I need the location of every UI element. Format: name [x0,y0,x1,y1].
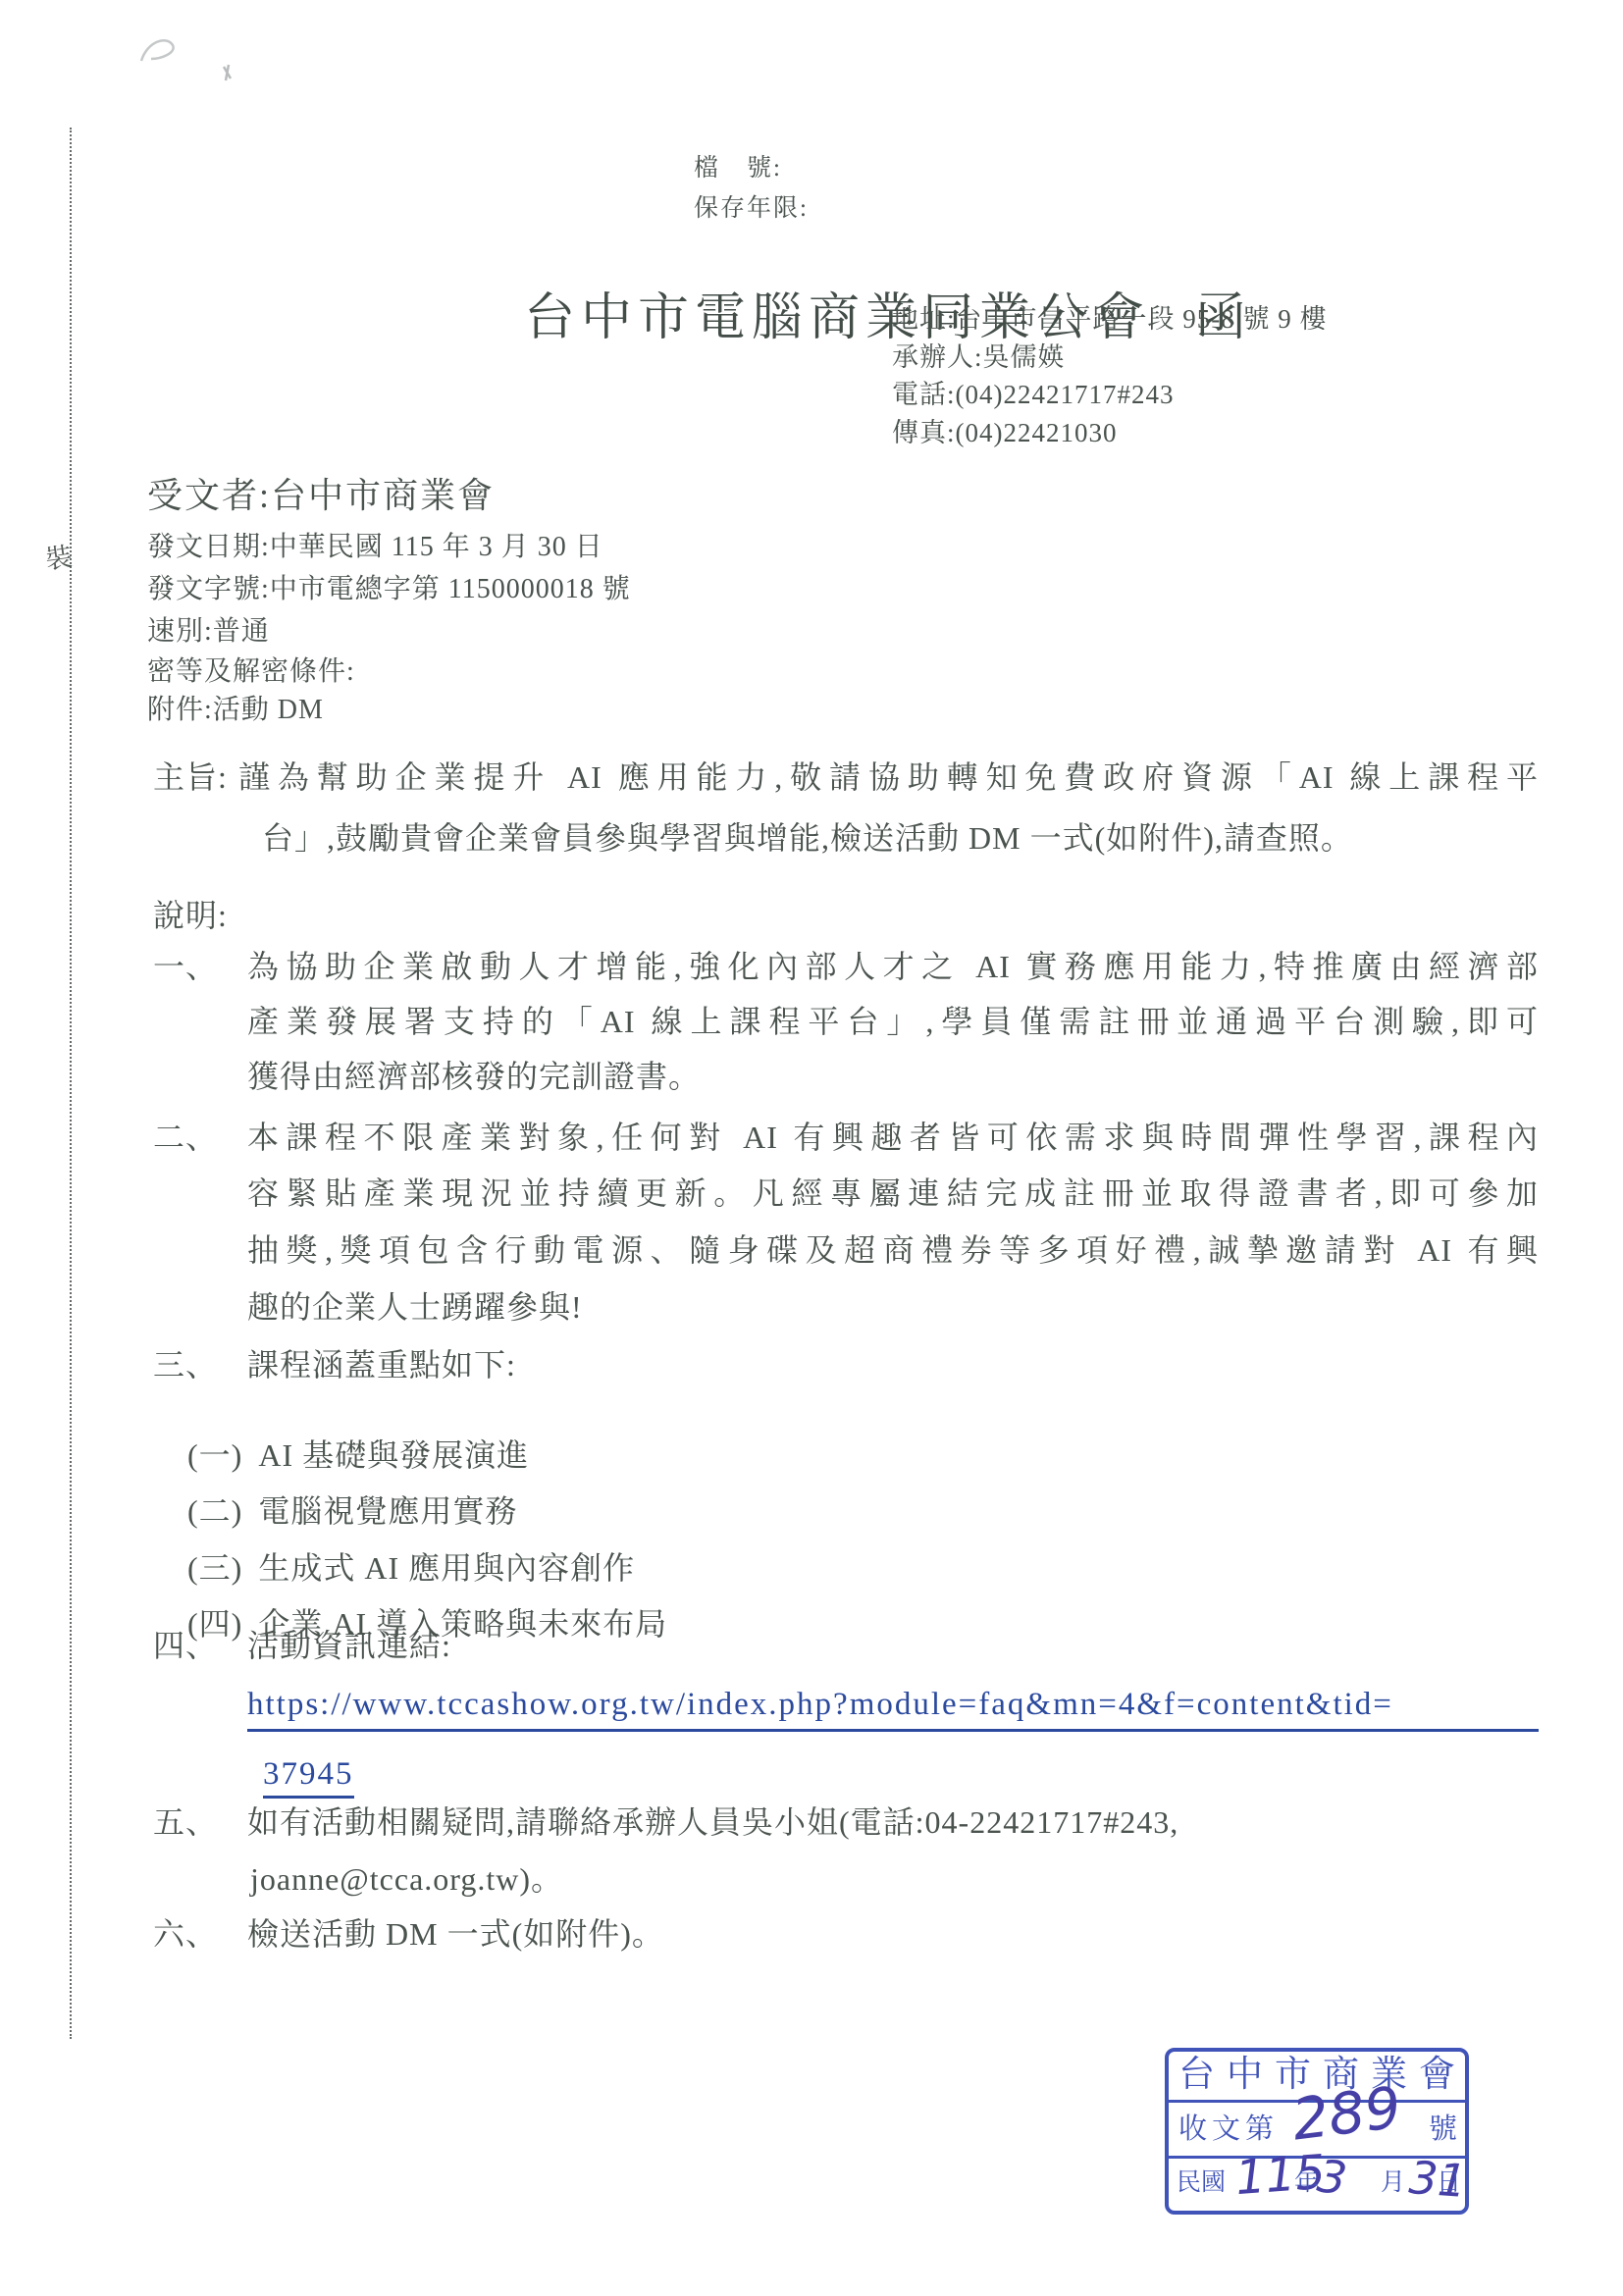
item-1-line-1: 為協助企業啟動人才增能,強化內部人才之 AI 實務應用能力,特推廣由經濟部 [247,950,1539,984]
subject-line-2: 台」,鼓勵貴會企業會員參與學習與增能,檢送活動 DM 一式(如附件),請查照。 [262,821,1353,856]
explanation-label: 說明: [153,899,228,933]
doc-number-line: 發文字號:中市電總字第 1150000018 號 [147,575,631,604]
item-1-line-2: 產業發展署支持的「AI 線上課程平台」,學員僅需註冊並通過平台測驗,即可 [247,1005,1539,1039]
item-2-number: 二、 [153,1121,218,1155]
item-4-text: 活動資訊連結: [247,1629,451,1663]
event-url-fragment[interactable]: 37945 [263,1756,354,1799]
item-2-line-2: 容緊貼產業現況並持續更新。凡經專屬連結完成註冊並取得證書者,即可參加 [247,1176,1539,1211]
subject-line-1: 謹為幫助企業提升 AI 應用能力,敬請協助轉知免費政府資源「AI 線上課程平 [238,760,1539,795]
event-url-line-1[interactable]: https://www.tccashow.org.tw/index.php?mo… [247,1688,1539,1732]
item-6-text: 檢送活動 DM 一式(如附件)。 [247,1917,664,1952]
security-line: 密等及解密條件: [147,657,355,687]
stamp-month-handwritten: 3 [1315,2153,1349,2202]
recipient-line: 受文者:台中市商業會 [147,477,495,515]
issuer-address: 地址:台中市昌平路一段 95-8 號 9 樓 [892,305,1328,334]
priority-line: 速別:普通 [147,617,270,647]
issuer-fax: 傳真:(04)22421030 [892,419,1117,447]
item-4-number: 四、 [153,1629,218,1663]
item-5-line-2: joanne@tcca.org.tw)。 [250,1862,563,1897]
received-stamp: 台中市商業會 收文第 289 號 民國 115 年 3 月 31 日 [1165,2048,1469,2215]
retention-period-label: 保存年限: [694,195,809,222]
stamp-month-unit: 月 [1381,2161,1405,2206]
item-2-line-3: 抽獎,獎項包含行動電源、隨身碟及超商禮券等多項好禮,誠摯邀請對 AI 有興 [247,1233,1539,1268]
item-1-number: 一、 [153,950,218,984]
scan-artifact-marks [128,27,255,96]
stamp-receipt-number-handwritten: 289 [1289,2080,1403,2146]
issuer-handler: 承辦人:吳儒媖 [892,343,1066,372]
subject-label: 主旨: [153,760,228,795]
item-3-number: 三、 [153,1348,218,1383]
scanned-official-letter: 裝 檔 號: 保存年限: 台中市電腦商業同業公會函 地址:台中市昌平路一段 95… [0,0,1623,2296]
item-3-text: 課程涵蓋重點如下: [247,1348,516,1383]
stamp-receipt-prefix: 收文第 [1178,2103,1279,2156]
stamp-day-unit: 日 [1437,2161,1461,2206]
event-url-line-2[interactable]: 37945 [247,1741,354,1809]
stamp-receipt-suffix: 號 [1429,2103,1457,2156]
item-1-line-3: 獲得由經濟部核發的完訓證書。 [247,1060,701,1094]
issue-date-line: 發文日期:中華民國 115 年 3 月 30 日 [147,533,603,562]
stamp-era-label: 民國 [1177,2161,1226,2206]
binding-mark-label: 裝 [42,535,74,576]
item-5-line-1: 如有活動相關疑問,請聯絡承辦人員吳小姐(電話:04-22421717#243, [247,1805,1178,1840]
issuer-phone: 電話:(04)22421717#243 [892,381,1174,409]
file-number-label: 檔 號: [694,155,782,182]
item-2-line-1: 本課程不限產業對象,任何對 AI 有興趣者皆可依需求與時間彈性學習,課程內 [247,1121,1539,1155]
item-5-number: 五、 [153,1805,218,1840]
item-2-line-4: 趣的企業人士踴躍參與! [247,1290,583,1325]
attachment-line: 附件:活動 DM [147,696,324,725]
item-6-number: 六、 [153,1917,218,1952]
stamp-date-row: 民國 115 年 3 月 31 日 [1169,2159,1465,2208]
binding-dotted-line [70,128,72,2039]
